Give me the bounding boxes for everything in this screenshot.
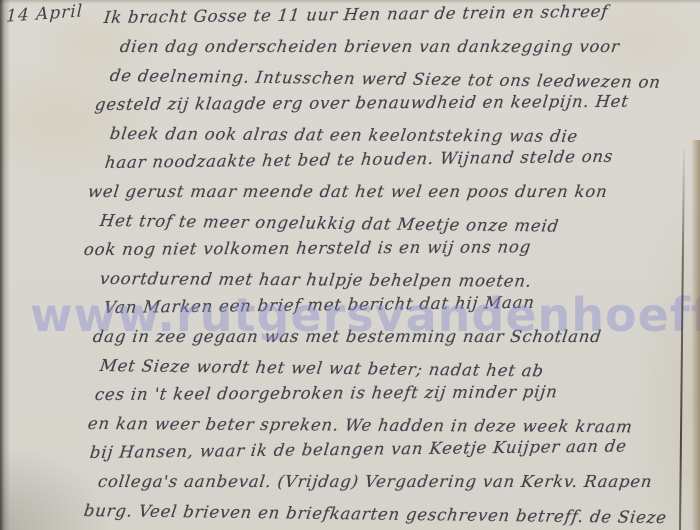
- manuscript-line: dien dag onderscheiden brieven van dankz…: [119, 37, 621, 56]
- manuscript-line: Van Marken een brief met bericht dat hij…: [103, 293, 536, 317]
- manuscript-text: Ik bracht Gosse te 11 uur Hen naar de tr…: [0, 0, 700, 530]
- manuscript-line: voortdurend met haar hulpje behelpen moe…: [99, 269, 533, 291]
- page-right-edge: [691, 140, 700, 530]
- manuscript-line: ces in 't keel doorgebroken is heeft zij…: [94, 382, 559, 404]
- manuscript-line: wel gerust maar meende dat het wel een p…: [87, 182, 609, 201]
- manuscript-line: en kan weer beter spreken. We hadden in …: [87, 414, 634, 436]
- manuscript-line: haar noodzaakte het bed te houden. Wijna…: [104, 147, 614, 172]
- manuscript-line: collega's aanbeval. (Vrijdag) Vergaderin…: [97, 472, 654, 491]
- manuscript-line: Het trof te meer ongelukkig dat Meetje o…: [99, 211, 561, 236]
- manuscript-line: Met Sieze wordt het wel wat beter; nadat…: [99, 356, 545, 380]
- manuscript-line: bleek dan ook alras dat een keelontsteki…: [109, 124, 580, 146]
- manuscript-line: burg. Veel brieven en briefkaarten gesch…: [83, 501, 668, 527]
- manuscript-line: Ik bracht Gosse te 11 uur Hen naar de tr…: [103, 2, 609, 27]
- manuscript-scan: 14 April Ik bracht Gosse te 11 uur Hen n…: [0, 0, 700, 530]
- manuscript-line: ook nog niet volkomen hersteld is en wij…: [83, 237, 532, 259]
- manuscript-line: de deelneming. Intusschen werd Sieze tot…: [109, 66, 662, 92]
- manuscript-line: dag in zee gegaan was met bestemming naa…: [92, 327, 603, 346]
- manuscript-line: gesteld zij klaagde erg over benauwdheid…: [94, 92, 630, 114]
- manuscript-line: bij Hansen, waar ik de belangen van Keet…: [89, 436, 628, 462]
